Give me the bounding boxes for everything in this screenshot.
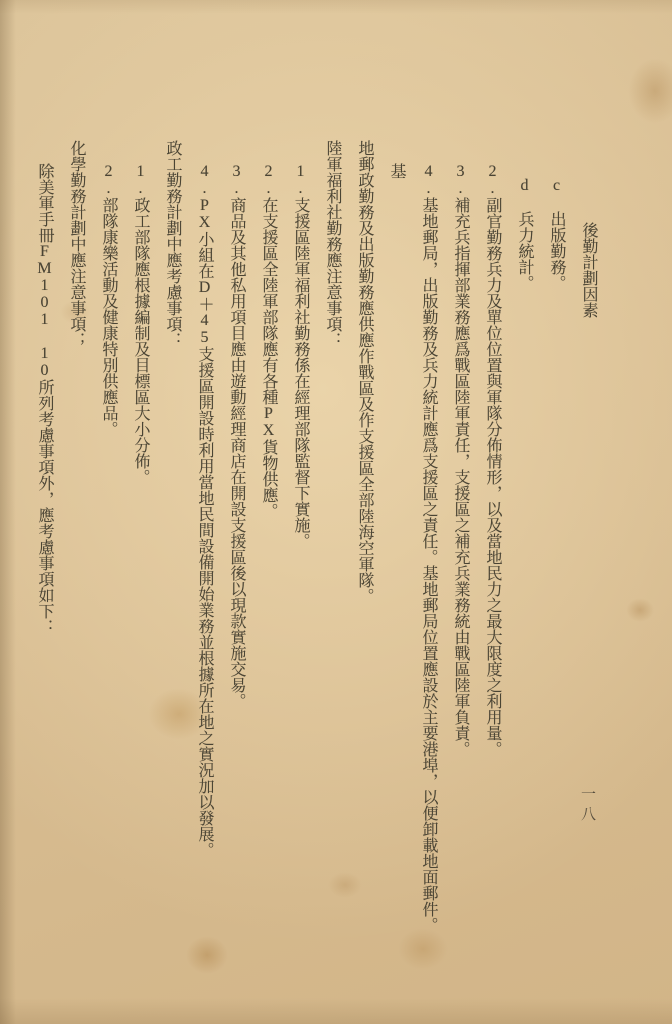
paper-edge-shadow-left	[0, 0, 16, 1024]
item-4-base-post-office: 4.基地郵局，出版勤務及兵力統計應爲支援區之責任。基地郵局位置應設於主要港埠，以…	[380, 140, 444, 940]
item-4-continuation: 地郵政勤務及出版勤務應供應作戰區及作支援區全部陸海空軍隊。	[348, 140, 380, 940]
vertical-text-block: 後勤計劃因素 c 出版勤務。 d 兵力統計。 2.副官勤務兵力及單位位置與軍隊分…	[28, 140, 604, 940]
paper-edge-shadow-bottom	[0, 998, 672, 1024]
section-army-welfare-service: 陸軍福利社勤務應注意事項：	[316, 140, 348, 940]
scanned-document-page: 後勤計劃因素 c 出版勤務。 d 兵力統計。 2.副官勤務兵力及單位位置與軍隊分…	[0, 0, 672, 1024]
section-chemical-service-plan: 化學勤務計劃中應注意事項；	[60, 140, 92, 940]
paper-stain	[628, 58, 672, 124]
section-political-work-plan: 政工勤務計劃中應考慮事項：	[156, 140, 188, 940]
item-c-publication-service: c 出版勤務。	[540, 140, 572, 940]
welfare-item-1: 1.支援區陸軍福利社勤務係在經理部隊監督下實施。	[284, 140, 316, 940]
item-2-adjutant-service: 2.副官勤務兵力及單位位置與軍隊分佈情形，以及當地民力之最大限度之利用量。	[476, 140, 508, 940]
chemical-note-fm101: 除美軍手冊FM101 10所列考慮事項外，應考慮事項如下：	[28, 140, 60, 940]
paper-edge-shadow-top	[0, 0, 672, 14]
political-item-1: 1.政工部隊應根據編制及目標區大小分佈。	[124, 140, 156, 940]
item-3-replacement-command: 3.補充兵指揮部業務應爲戰區陸軍責任，支援區之補充兵業務統由戰區陸軍負責。	[444, 140, 476, 940]
political-item-2: 2.部隊康樂活動及健康特別供應品。	[92, 140, 124, 940]
welfare-item-4: 4.PX小組在D＋45支援區開設時利用當地民間設備開始業務並根據所在地之實況加以…	[188, 140, 220, 940]
welfare-item-2: 2.在支援區全陸軍部隊應有各種PX貨物供應。	[252, 140, 284, 940]
page-number: 一八	[577, 786, 598, 826]
paper-stain	[186, 936, 228, 974]
item-d-strength-statistics: d 兵力統計。	[508, 140, 540, 940]
paper-stain	[626, 598, 654, 622]
welfare-item-3: 3.商品及其他私用項目應由遊動經理商店在開設支援區後以現款實施交易。	[220, 140, 252, 940]
